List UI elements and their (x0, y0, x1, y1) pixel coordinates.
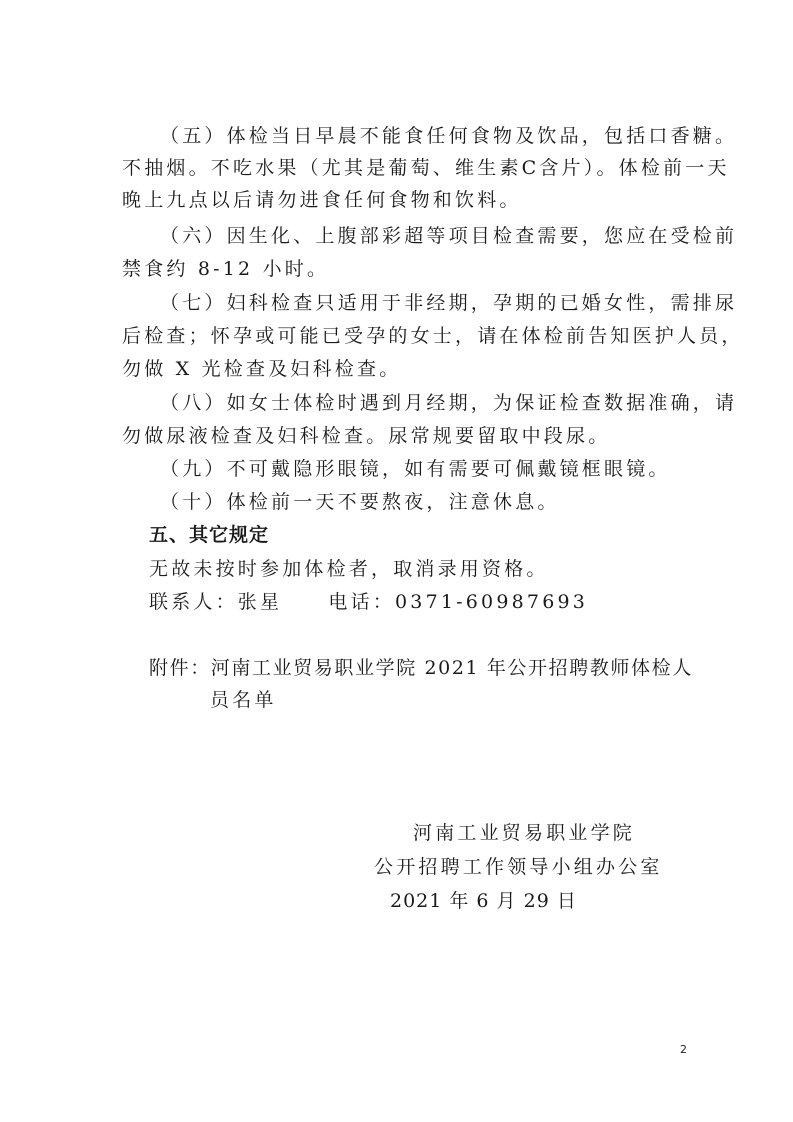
section-text: 无故未按时参加体检者，取消录用资格。 (149, 556, 549, 582)
paragraph-10: （十）体检前一天不要熬夜，注意休息。 (160, 489, 560, 515)
paragraph-6-line-1: （六）因生化、上腹部彩超等项目检查需要，您应在受检前 (160, 223, 737, 249)
paragraph-8-line-2: 勿做尿液检查及妇科检查。尿常规要留取中段尿。 (122, 423, 610, 449)
attachment-line-1: 附件：河南工业贸易职业学院 2021 年公开招聘教师体检人 (149, 655, 693, 681)
paragraph-7-line-1: （七）妇科检查只适用于非经期，孕期的已婚女性，需排尿 (160, 290, 737, 316)
paragraph-5-line-3: 晚上九点以后请勿进食任何食物和饮料。 (122, 187, 522, 213)
signature-org: 河南工业贸易职业学院 (413, 820, 635, 846)
paragraph-5-line-1: （五）体检当日早晨不能食任何食物及饮品，包括口香糖。 (160, 123, 737, 149)
paragraph-9: （九）不可戴隐形眼镜，如有需要可佩戴镜框眼镜。 (160, 456, 671, 482)
paragraph-6-line-2: 禁食约 8-12 小时。 (122, 256, 329, 282)
contact-info: 联系人：张星 电话：0371-60987693 (149, 589, 588, 615)
signature-date: 2021 年 6 月 29 日 (390, 888, 577, 914)
section-heading: 五、其它规定 (149, 522, 269, 548)
paragraph-7-line-2: 后检查；怀孕或可能已受孕的女士，请在体检前告知医护人员， (122, 323, 744, 349)
paragraph-5-line-2: 不抽烟。不吃水果（尤其是葡萄、维生素C含片）。体检前一天 (122, 155, 730, 181)
page-number: 2 (680, 1043, 687, 1056)
signature-office: 公开招聘工作领导小组办公室 (374, 854, 663, 880)
paragraph-8-line-1: （八）如女士体检时遇到月经期，为保证检查数据准确，请 (160, 390, 737, 416)
paragraph-7-line-3: 勿做 X 光检查及妇科检查。 (122, 356, 401, 382)
attachment-line-2: 员名单 (210, 687, 277, 713)
